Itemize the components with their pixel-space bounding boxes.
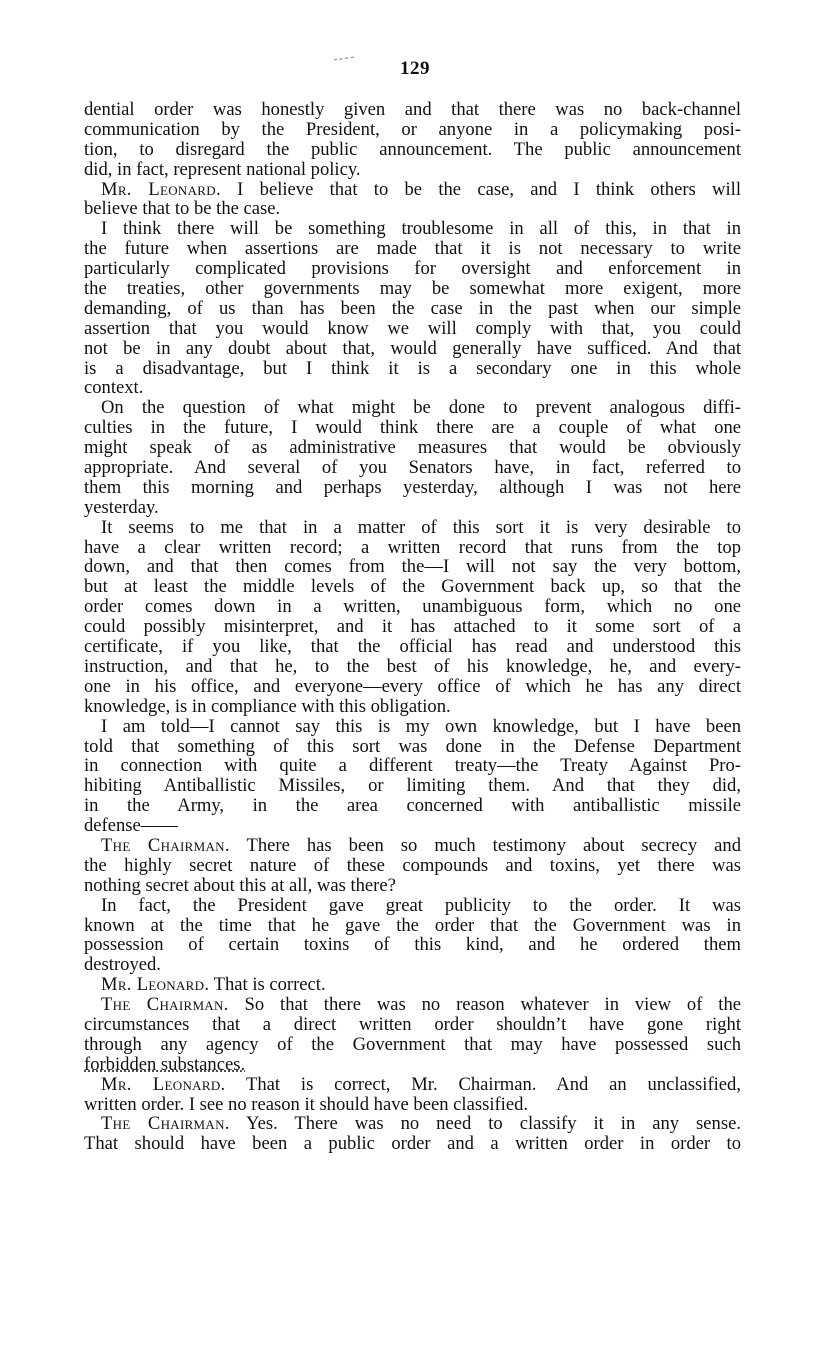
text-line: forbidden substances. (84, 1055, 741, 1075)
text-line: hibiting Antiballistic Missiles, or limi… (84, 776, 741, 796)
text-line: yesterday. (84, 498, 741, 518)
text-line: nothing secret about this at all, was th… (84, 876, 741, 896)
speaker-name: Mr. Leonard. (101, 974, 209, 995)
text-line: but at least the middle levels of the Go… (84, 577, 741, 597)
text-line: The Chairman. There has been so much tes… (84, 836, 741, 856)
text-line: communication by the President, or anyon… (84, 120, 741, 140)
text-line: circumstances that a direct written orde… (84, 1015, 741, 1035)
text-line: On the question of what might be done to… (84, 398, 741, 418)
text-line: context. (84, 378, 741, 398)
paragraph-leonard-unclassified: Mr. Leonard. That is correct, Mr. Chairm… (84, 1075, 741, 1115)
line-text: That is correct. (209, 974, 325, 995)
text-line: is a disadvantage, but I think it is a s… (84, 359, 741, 379)
text-line: might speak of as administrative measure… (84, 438, 741, 458)
text-line: order comes down in a written, unambiguo… (84, 597, 741, 617)
text-line: dential order was honestly given and tha… (84, 100, 741, 120)
speaker-name: The Chairman. (101, 835, 230, 856)
text-line: demanding, of us than has been the case … (84, 299, 741, 319)
paragraph-troublesome: I think there will be something troubles… (84, 219, 741, 398)
paragraph-president-publicity: In fact, the President gave great public… (84, 896, 741, 976)
speaker-name: Mr. Leonard. (101, 1074, 225, 1095)
text-line: the future when assertions are made that… (84, 239, 741, 259)
text-line: in connection with quite a different tre… (84, 756, 741, 776)
text-line: Mr. Leonard. That is correct. (84, 975, 741, 995)
text-line: instruction, and that he, to the best of… (84, 657, 741, 677)
line-text: Yes. There was no need to classify it in… (230, 1113, 741, 1134)
speaker-name: The Chairman. (101, 994, 229, 1015)
line-text: I believe that to be the case, and I thi… (221, 179, 741, 200)
paragraph-defense-department: I am told—I cannot say this is my own kn… (84, 717, 741, 836)
text-line: down, and that then comes from the—I wil… (84, 557, 741, 577)
text-line: have a clear written record; a written r… (84, 538, 741, 558)
text-line: believe that to be the case. (84, 199, 741, 219)
hearing-transcript-body: dential order was honestly given and tha… (84, 100, 741, 1154)
text-line: Mr. Leonard. That is correct, Mr. Chairm… (84, 1075, 741, 1095)
text-line: could possibly misinterpret, and it has … (84, 617, 741, 637)
text-line: I am told—I cannot say this is my own kn… (84, 717, 741, 737)
text-line: one in his office, and everyone—every of… (84, 677, 741, 697)
speaker-name: Mr. Leonard. (101, 179, 221, 200)
text-line: certificate, if you like, that the offic… (84, 637, 741, 657)
text-line: The Chairman. Yes. There was no need to … (84, 1114, 741, 1134)
paragraph-written-record: It seems to me that in a matter of this … (84, 518, 741, 717)
text-line: in the Army, in the area concerned with … (84, 796, 741, 816)
text-line: Mr. Leonard. I believe that to be the ca… (84, 180, 741, 200)
text-line: them this morning and perhaps yesterday,… (84, 478, 741, 498)
text-line: The Chairman. So that there was no reaso… (84, 995, 741, 1015)
paragraph-chairman-secrecy: The Chairman. There has been so much tes… (84, 836, 741, 896)
text-line: the treaties, other governments may be s… (84, 279, 741, 299)
paragraph-continuation: dential order was honestly given and tha… (84, 100, 741, 180)
text-line: In fact, the President gave great public… (84, 896, 741, 916)
text-line: particularly complicated provisions for … (84, 259, 741, 279)
text-line: written order. I see no reason it should… (84, 1095, 741, 1115)
text-line: appropriate. And several of you Senators… (84, 458, 741, 478)
text-line: not be in any doubt about that, would ge… (84, 339, 741, 359)
line-text: That is correct, Mr. Chairman. And an un… (225, 1074, 741, 1095)
text-line: I think there will be something troubles… (84, 219, 741, 239)
text-line: culties in the future, I would think the… (84, 418, 741, 438)
text-line: knowledge, is in compliance with this ob… (84, 697, 741, 717)
paragraph-administrative-measures: On the question of what might be done to… (84, 398, 741, 517)
text-line: did, in fact, represent national policy. (84, 160, 741, 180)
line-text: So that there was no reason whatever in … (229, 994, 741, 1015)
speaker-name: The Chairman. (101, 1113, 230, 1134)
paragraph-leonard-statement: Mr. Leonard. I believe that to be the ca… (84, 180, 741, 220)
paragraph-chairman-no-reason: The Chairman. So that there was no reaso… (84, 995, 741, 1075)
text-line: defense—— (84, 816, 741, 836)
text-line: It seems to me that in a matter of this … (84, 518, 741, 538)
text-line: the highly secret nature of these compou… (84, 856, 741, 876)
page-number: 129 (0, 58, 814, 80)
paragraph-chairman-public-order: The Chairman. Yes. There was no need to … (84, 1114, 741, 1154)
line-text: There has been so much testimony about s… (230, 835, 741, 856)
paragraph-leonard-correct: Mr. Leonard. That is correct. (84, 975, 741, 995)
text-line: possession of certain toxins of this kin… (84, 935, 741, 955)
text-line: destroyed. (84, 955, 741, 975)
text-line: assertion that you would know we will co… (84, 319, 741, 339)
text-line: through any agency of the Government tha… (84, 1035, 741, 1055)
text-line: That should have been a public order and… (84, 1134, 741, 1154)
text-line: known at the time that he gave the order… (84, 916, 741, 936)
text-line: tion, to disregard the public announceme… (84, 140, 741, 160)
text-line: told that something of this sort was don… (84, 737, 741, 757)
